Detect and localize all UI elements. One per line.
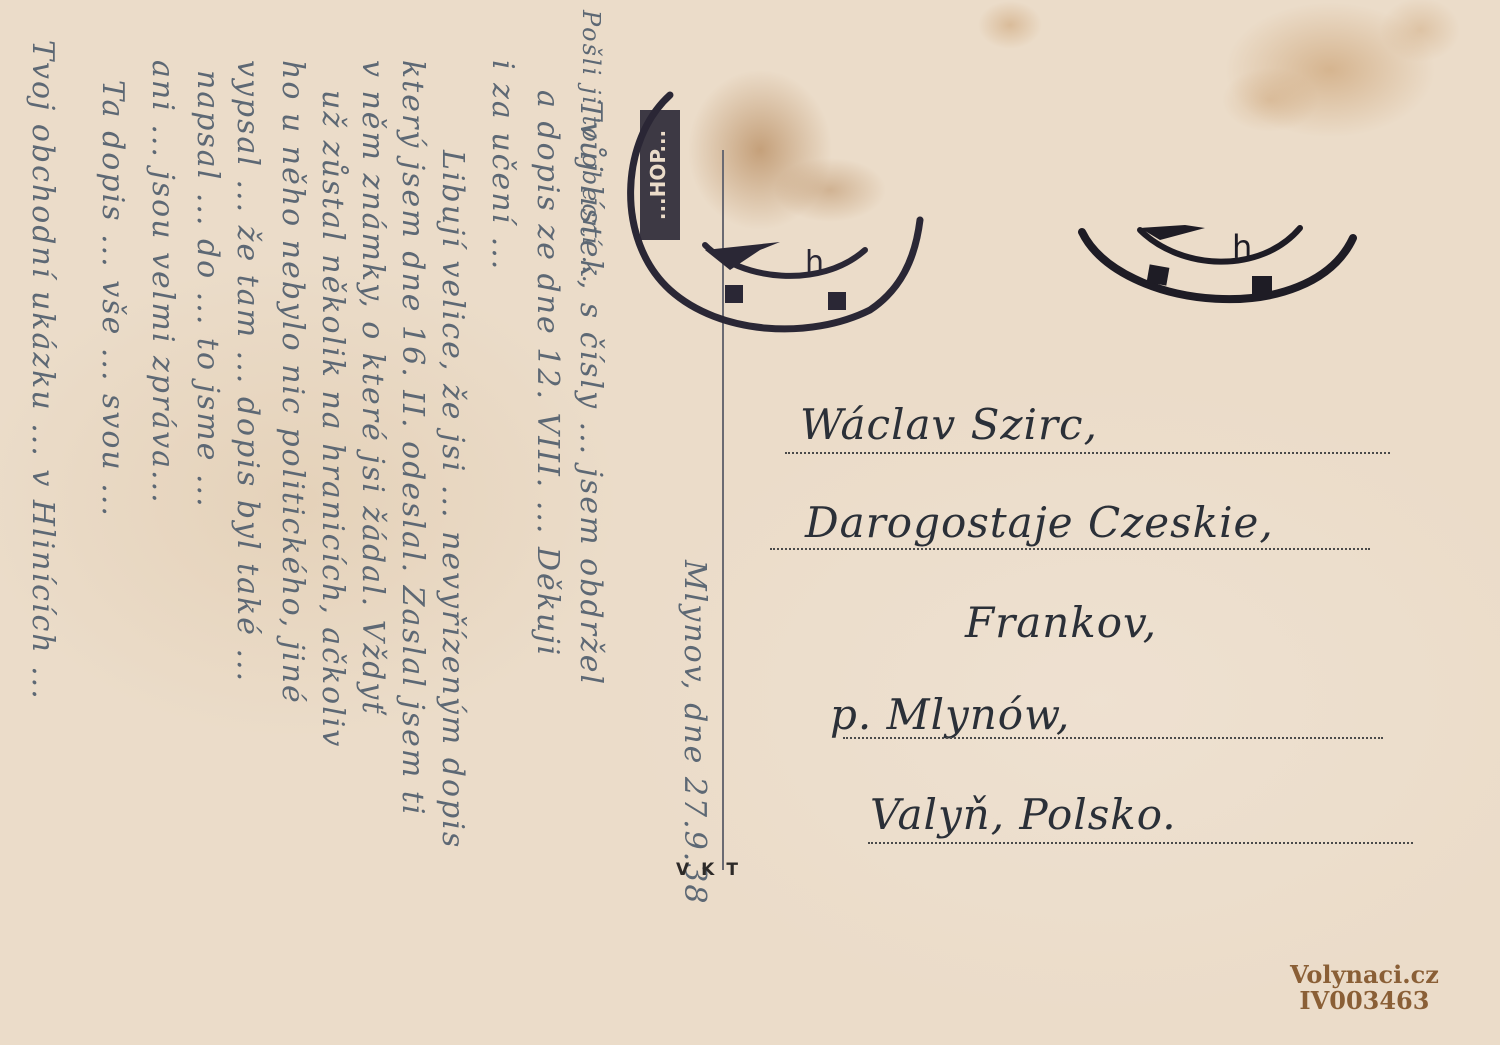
message-line: ho u něho nebylo nic politického, jiné (275, 60, 310, 705)
address-locality: Frankov, (965, 598, 1157, 647)
svg-text:h: h (1232, 228, 1252, 266)
message-line: ani ... jsou velmi zpráva... (145, 60, 180, 505)
message-line: v něm známky, o které jsi žádal. Vždyť (355, 60, 390, 715)
message-line: vypsal ... že tam ... dopis byl také ... (230, 60, 265, 683)
address-rule (868, 842, 1413, 844)
message-dateline: Mlynov, dne 27.9.38 (677, 560, 712, 905)
message-line: Libují velice, že jsi ... nevyřízeným do… (435, 150, 470, 849)
address-region-country: Valyň, Polsko. (870, 790, 1177, 839)
postcard-back: Mlynov, dne 27.9.38 Pošli ji to obecní .… (0, 0, 1500, 1045)
postmark-left-text: ...HOP... (646, 130, 670, 220)
message-line: Tvoj obchodní ukázku ... v Hlinících ... (25, 40, 60, 701)
message-line: Ta dopis ... vše ... svou ... (95, 80, 130, 518)
address-rule (843, 737, 1383, 739)
svg-text:h: h (805, 245, 824, 280)
message-line: Tvůj lístek, s čísly ... jsem obdržel (573, 100, 608, 686)
watermark-id: IV003463 (1290, 988, 1439, 1014)
publisher-mark: VKT (676, 860, 750, 880)
archive-watermark: Volynaci.cz IV003463 (1290, 962, 1439, 1014)
address-post-office: p. Mlynów, (830, 690, 1070, 739)
address-village: Darogostaje Czeskie, (805, 498, 1274, 547)
message-line: už zůstal několik na hranicích, ačkoliv (315, 90, 350, 748)
postmark-left: ...HOP... h (610, 80, 930, 340)
address-rule (785, 452, 1390, 454)
watermark-site: Volynaci.cz (1290, 962, 1439, 988)
postmark-right: h (1060, 190, 1380, 320)
address-recipient: Wáclav Szirc, (800, 400, 1098, 449)
message-line: napsal ... do ... to jsme ... (190, 70, 225, 509)
message-line: který jsem dne 16. II. odeslal. Zaslal j… (395, 60, 430, 816)
message-line: i za učení ... (485, 60, 520, 271)
message-line: a dopis ze dne 12. VIII. ... Děkuji (530, 90, 565, 657)
address-rule (770, 548, 1370, 550)
